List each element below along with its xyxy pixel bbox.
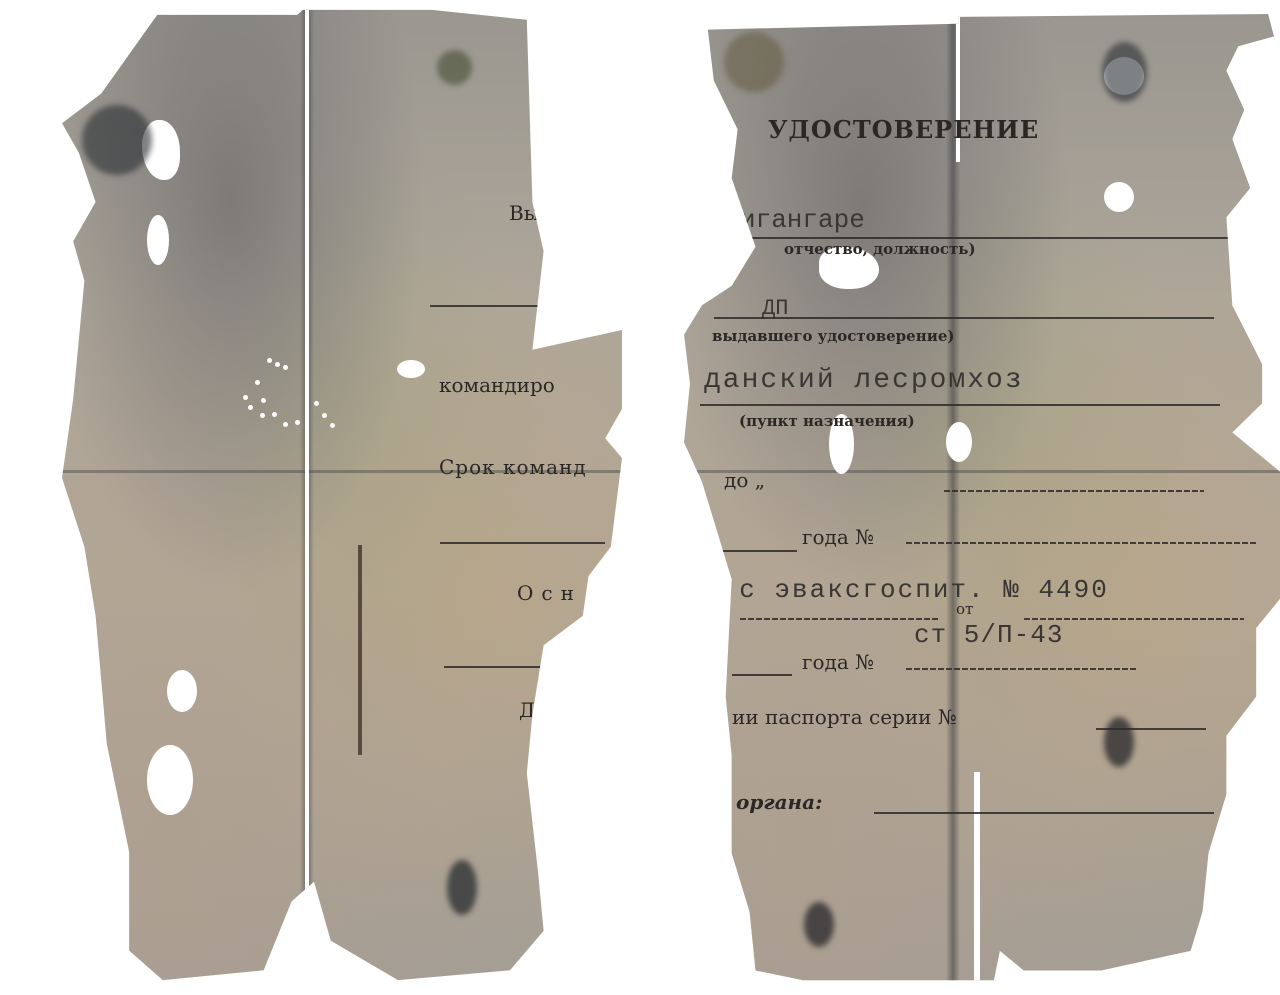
tear-gap (974, 772, 980, 992)
ink-streak (358, 545, 362, 755)
form-line (430, 305, 620, 307)
perforation-dot (243, 395, 248, 400)
caption-destination: (пункт назначения) (739, 414, 915, 429)
caption-issuer: выдавшего удостоверение) (712, 329, 954, 344)
perforation-dot (255, 380, 260, 385)
perforation-dot (295, 420, 300, 425)
stain (437, 50, 472, 85)
text-fragment-de: Де (519, 700, 547, 720)
fold-horizontal (684, 470, 1280, 473)
label-passport: ии паспорта серии № (732, 707, 957, 727)
label-year-number-1: года № (802, 527, 874, 547)
form-line (700, 404, 1220, 406)
typed-destination: данский лесромхоз (704, 367, 1024, 395)
tear-gap (305, 5, 309, 995)
stain (1102, 42, 1147, 102)
form-line (714, 317, 1214, 319)
form-line (440, 542, 605, 544)
text-fragment-vy: Вы (509, 203, 540, 223)
form-line (906, 668, 1136, 670)
form-line (722, 550, 797, 552)
hole (946, 422, 972, 462)
hole (147, 745, 193, 815)
document-piece-right: УДОСТОВЕРЕНИЕ игангаре отчество, должнос… (684, 12, 1280, 990)
form-line (906, 542, 1256, 544)
typed-basis-date: ст 5/П-43 (914, 622, 1063, 648)
perforation-dot (248, 405, 253, 410)
stain (82, 105, 152, 175)
perforation-dot (322, 413, 327, 418)
perforation-dot (267, 358, 272, 363)
hole (147, 215, 169, 265)
perforation-dot (272, 412, 277, 417)
text-fragment-srok: Срок команд (439, 457, 587, 477)
stain (804, 902, 834, 947)
hole (1104, 182, 1134, 212)
label-from: от (956, 602, 973, 617)
form-line (944, 490, 1204, 492)
hole (397, 360, 425, 378)
text-fragment-komandiro: командиро (439, 375, 555, 395)
stain (1104, 717, 1134, 767)
form-line (732, 674, 792, 676)
hole (167, 670, 197, 712)
form-line (739, 237, 1229, 239)
document-title: УДОСТОВЕРЕНИЕ (768, 118, 1039, 142)
typed-basis: о с эваксгоспит. № 4490 (704, 577, 1109, 603)
perforation-dot (330, 423, 335, 428)
typed-name: игангаре (740, 207, 865, 233)
form-line (444, 666, 559, 668)
caption-name: отчество, должность) (784, 242, 976, 257)
form-line (740, 618, 940, 620)
form-line (874, 812, 1214, 814)
perforation-dot (283, 422, 288, 427)
text-fragment-osn: Осн (517, 583, 582, 603)
label-organ: органа: (736, 792, 822, 812)
document-piece-left: Вы командиро Срок команд Осн Де (62, 5, 622, 990)
date-prefix: до „ (724, 470, 765, 490)
stain (724, 32, 784, 92)
perforation-dot (261, 398, 266, 403)
stain (447, 860, 477, 915)
perforation-dot (275, 362, 280, 367)
form-line (1096, 728, 1206, 730)
label-year-number-2: года № (802, 652, 874, 672)
perforation-dot (314, 401, 319, 406)
perforation-dot (260, 413, 265, 418)
perforation-dot (283, 365, 288, 370)
